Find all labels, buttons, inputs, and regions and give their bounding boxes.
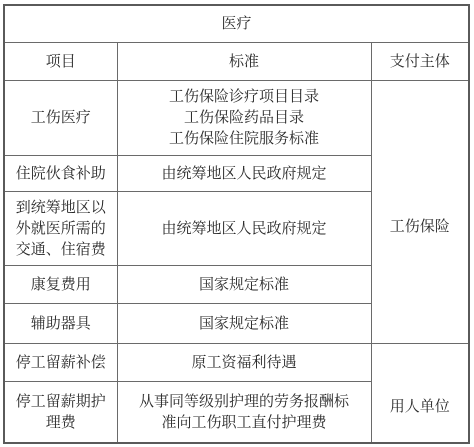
item-line: 外就医所需的 <box>9 218 113 239</box>
item-cell: 康复费用 <box>4 265 117 303</box>
item-cell: 停工留薪补偿 <box>4 343 117 381</box>
table-row: 停工留薪补偿 原工资福利待遇 用人单位 <box>4 343 469 381</box>
payer-cell-employer: 用人单位 <box>371 343 469 443</box>
standard-cell: 国家规定标准 <box>117 303 371 343</box>
item-line: 到统筹地区以 <box>9 197 113 218</box>
item-cell: 到统筹地区以 外就医所需的 交通、住宿费 <box>4 191 117 265</box>
table-title: 医疗 <box>4 5 469 42</box>
standard-line: 从事同等级别护理的劳务报酬标 <box>122 391 367 412</box>
column-header-standard: 标准 <box>117 42 371 80</box>
standard-cell: 工伤保险诊疗项目目录 工伤保险药品目录 工伤保险住院服务标准 <box>117 80 371 155</box>
table-row: 工伤医疗 工伤保险诊疗项目目录 工伤保险药品目录 工伤保险住院服务标准 工伤保险 <box>4 80 469 155</box>
item-line: 理费 <box>9 412 113 433</box>
standard-line: 工伤保险药品目录 <box>122 107 367 128</box>
column-header-item: 项目 <box>4 42 117 80</box>
standard-cell: 原工资福利待遇 <box>117 343 371 381</box>
item-cell: 辅助器具 <box>4 303 117 343</box>
standard-cell: 从事同等级别护理的劳务报酬标 准向工伤职工直付护理费 <box>117 381 371 443</box>
item-cell: 停工留薪期护 理费 <box>4 381 117 443</box>
item-cell: 住院伙食补助 <box>4 155 117 191</box>
standard-cell: 由统筹地区人民政府规定 <box>117 155 371 191</box>
item-line: 交通、住宿费 <box>9 239 113 260</box>
item-line: 停工留薪期护 <box>9 391 113 412</box>
payer-cell-work-injury-insurance: 工伤保险 <box>371 80 469 343</box>
standard-cell: 由统筹地区人民政府规定 <box>117 191 371 265</box>
medical-benefits-table: 医疗 项目 标准 支付主体 工伤医疗 工伤保险诊疗项目目录 工伤保险药品目录 工… <box>3 4 470 444</box>
standard-line: 准向工伤职工直付护理费 <box>122 412 367 433</box>
standard-line: 工伤保险诊疗项目目录 <box>122 86 367 107</box>
column-header-payer: 支付主体 <box>371 42 469 80</box>
standard-line: 工伤保险住院服务标准 <box>122 128 367 149</box>
item-cell: 工伤医疗 <box>4 80 117 155</box>
standard-cell: 国家规定标准 <box>117 265 371 303</box>
